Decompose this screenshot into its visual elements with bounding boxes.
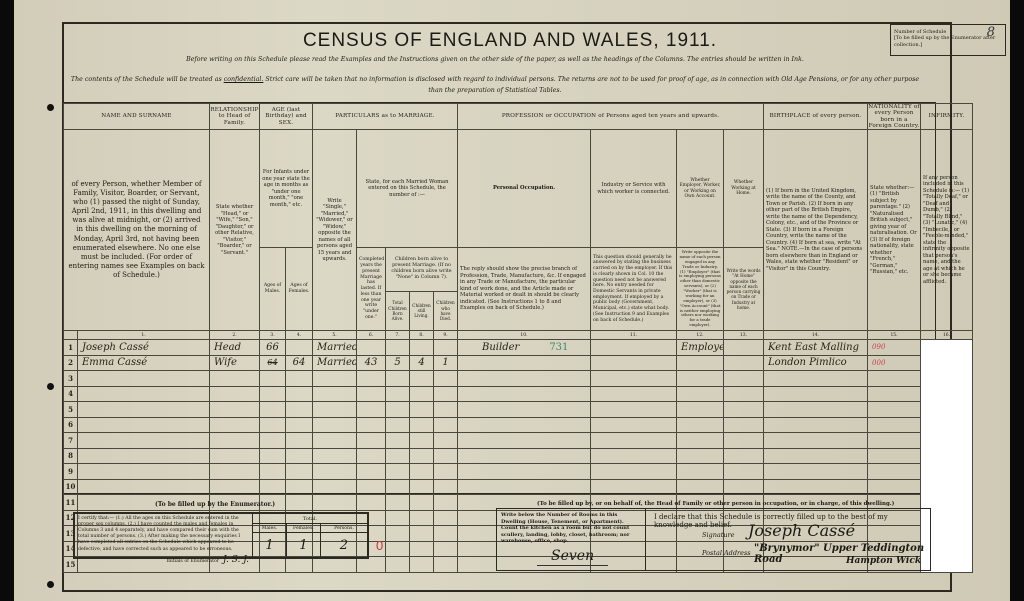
persons-value: 2 xyxy=(321,533,367,557)
desc-home-head: Whether Working at Home. xyxy=(724,130,764,248)
table-row: 2 Emma Cassé Wife 64 64 Married 43 5 4 1… xyxy=(64,355,973,371)
header-age: AGE (last Birthday) and SEX. xyxy=(260,104,313,130)
desc-industry: This question should generally be answer… xyxy=(591,248,677,331)
instruction-line-2: The contents of the Schedule will be tre… xyxy=(60,76,930,83)
schedule-number-box: Number of Schedule [To be filled up by t… xyxy=(890,24,1006,56)
householder-box: Write below the Number of Rooms in this … xyxy=(496,508,931,571)
red-mark: 0 xyxy=(376,538,383,553)
desc-total-children: Total Children Born Alive. xyxy=(386,291,410,330)
cell-occupation: Builder731 xyxy=(458,340,591,356)
table-row: 3 xyxy=(64,371,973,387)
desc-personal-occ-head: Personal Occupation. xyxy=(458,130,591,248)
colnum: 10. xyxy=(458,331,591,340)
schedule-number-value: 8 xyxy=(987,25,995,41)
enumerator-initials: Initials of EnumeratorJ. S. J. xyxy=(78,555,249,567)
persons-label: Persons. xyxy=(321,524,367,533)
totals-table: Total. Males.1 Females.1 Persons.2 xyxy=(253,514,367,557)
desc-married-woman: State, for each Married Woman entered on… xyxy=(357,130,458,248)
colnum: 13. xyxy=(724,331,764,340)
occupation-code: 731 xyxy=(549,342,568,353)
cell-industry xyxy=(591,355,677,371)
desc-age-males: Ages of Males. xyxy=(260,248,286,331)
address-line-2: Hampton Wick xyxy=(846,556,921,566)
punch-hole xyxy=(47,104,54,111)
document-title: CENSUS OF ENGLAND AND WALES, 1911. xyxy=(200,30,820,52)
cell-home xyxy=(724,340,764,356)
punch-hole xyxy=(47,383,54,390)
colnum: 11. xyxy=(591,331,677,340)
header-name: NAME AND SURNAME xyxy=(64,104,210,130)
instruction-line-3: than the preparation of Statistical Tabl… xyxy=(60,87,930,94)
cell-occupation xyxy=(458,355,591,371)
header-relationship: RELATIONSHIP to Head of Family. xyxy=(210,104,260,130)
instruction-line-1: Before writing on this Schedule please r… xyxy=(60,56,930,63)
desc-completed-years: Completed years the present Marriage has… xyxy=(357,248,386,331)
desc-personal-occupation: The reply should show the precise branch… xyxy=(458,248,591,331)
header-marriage: PARTICULARS as to MARRIAGE. xyxy=(313,104,458,130)
cell-died: 1 xyxy=(434,355,458,371)
cell-nationality: 000 xyxy=(868,355,921,371)
enumerator-label: (To be filled up by the Enumerator.) xyxy=(155,501,275,508)
signature-value: Joseph Cassé xyxy=(748,521,855,540)
cell-marital: Married xyxy=(313,355,357,371)
colnum: 2. xyxy=(210,331,260,340)
colnum: 8. xyxy=(410,331,434,340)
header-occupation: PROFESSION or OCCUPATION of Persons aged… xyxy=(458,104,764,130)
cell-birthplace: Kent East Malling xyxy=(764,340,868,356)
column-number-row: 1. 2. 3. 4. 5. 6. 7. 8. 9. 10. 11. 12. 1… xyxy=(64,331,973,340)
cell-died xyxy=(434,340,458,356)
desc-home: Write the words "At Home" opposite the n… xyxy=(724,248,764,331)
cell-years: 43 xyxy=(357,355,386,371)
desc-nationality: State whether:— (1) "British subject by … xyxy=(868,130,921,331)
totals-heading: Total. xyxy=(253,514,367,524)
colnum: 7. xyxy=(386,331,410,340)
rooms-instruction: Write below the Number of Rooms in this … xyxy=(501,512,641,545)
cell-employer xyxy=(677,355,724,371)
females-label: Females. xyxy=(287,524,320,533)
householder-label: (To be filled up by, or on behalf of, th… xyxy=(537,501,894,507)
header-birthplace: BIRTHPLACE of every person. xyxy=(764,104,868,130)
cell-employer: Employer5 xyxy=(677,340,724,356)
table-row: 6 xyxy=(64,417,973,433)
cell-age-male: 66 xyxy=(260,340,286,356)
colnum: 4. xyxy=(286,331,313,340)
colnum: 9. xyxy=(434,331,458,340)
table-row: 5 xyxy=(64,402,973,418)
header-nationality: NATIONALITY of every Person born in a Fo… xyxy=(868,104,921,130)
females-value: 1 xyxy=(287,533,320,557)
enumerator-certify: I certify that:— (1.) All the ages on th… xyxy=(75,514,253,557)
declaration-box: I declare that this Schedule is correctl… xyxy=(646,509,930,570)
cell-marital: Married xyxy=(313,340,357,356)
colnum: 14. xyxy=(764,331,868,340)
desc-children-died: Children who have Died. xyxy=(434,291,458,330)
cell-living xyxy=(410,340,434,356)
cell-living: 4 xyxy=(410,355,434,371)
rooms-value: Seven xyxy=(537,547,608,566)
desc-marital: Write "Single," "Married," "Widower," or… xyxy=(313,130,357,331)
rooms-box: Write below the Number of Rooms in this … xyxy=(497,509,646,570)
table-row: 4 xyxy=(64,386,973,402)
colnum: 16. xyxy=(921,331,973,340)
cell-age-female: 64 xyxy=(286,355,313,371)
census-table-container: NAME AND SURNAME RELATIONSHIP to Head of… xyxy=(62,102,936,494)
cell-total xyxy=(386,340,410,356)
desc-relationship: State whether "Head," or "Wife," "Son," … xyxy=(210,130,260,331)
colnum: 3. xyxy=(260,331,286,340)
desc-infirmity: If any person included in this Schedule … xyxy=(921,130,973,331)
cell-years xyxy=(357,340,386,356)
desc-age-infants: For Infants under one year state the age… xyxy=(260,130,313,248)
desc-birthplace: (1) If born in the United Kingdom, write… xyxy=(764,130,868,331)
signature-label: Signature xyxy=(702,531,735,539)
cell-birthplace: London Pimlico xyxy=(764,355,868,371)
desc-employer-head: Whether Employer, Worker, or Working on … xyxy=(677,130,724,248)
cell-age-female xyxy=(286,340,313,356)
males-label: Males. xyxy=(253,524,286,533)
row-number: 1 xyxy=(64,340,78,356)
colnum: 6. xyxy=(357,331,386,340)
row-number: 2 xyxy=(64,355,78,371)
desc-age-females: Ages of Females. xyxy=(286,248,313,331)
desc-industry-head: Industry or Service with which worker is… xyxy=(591,130,677,248)
table-row: 10 xyxy=(64,479,973,495)
address-label: Postal Address xyxy=(702,549,751,557)
colnum: 1. xyxy=(78,331,210,340)
desc-name: of every Person, whether Member of Famil… xyxy=(64,130,210,331)
desc-children-born: Children born alive to present Marriage.… xyxy=(386,248,458,292)
table-row: 8 xyxy=(64,448,973,464)
colnum: 5. xyxy=(313,331,357,340)
cell-home xyxy=(724,355,764,371)
punch-hole xyxy=(47,581,54,588)
desc-children-living: Children still Living. xyxy=(410,291,434,330)
enumerator-box: I certify that:— (1.) All the ages on th… xyxy=(73,512,369,559)
colnum: 12. xyxy=(677,331,724,340)
colnum: 15. xyxy=(868,331,921,340)
cell-total: 5 xyxy=(386,355,410,371)
table-row: 1 Joseph Cassé Head 66 Married Builder73… xyxy=(64,340,973,356)
cell-name: Joseph Cassé xyxy=(78,340,210,356)
cell-relationship: Head xyxy=(210,340,260,356)
header-infirmity: INFIRMITY. xyxy=(921,104,973,130)
males-value: 1 xyxy=(253,533,286,557)
table-row: 9 xyxy=(64,464,973,480)
cell-name: Emma Cassé xyxy=(78,355,210,371)
desc-employer: Write opposite the name of each person e… xyxy=(677,248,724,331)
cell-relationship: Wife xyxy=(210,355,260,371)
cell-nationality: 090 xyxy=(868,340,921,356)
cell-industry xyxy=(591,340,677,356)
cell-age-male-struck: 64 xyxy=(260,355,286,371)
table-row: 7 xyxy=(64,433,973,449)
